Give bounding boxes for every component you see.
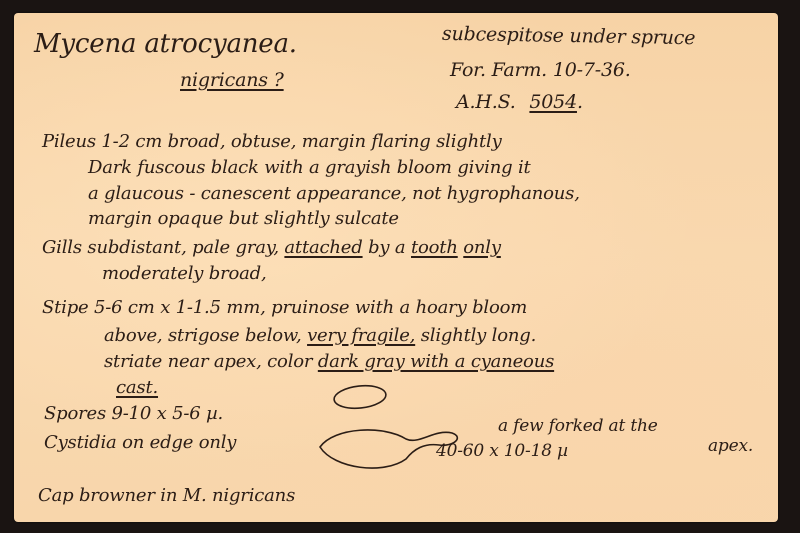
gills-only: only [463, 237, 501, 258]
stipe-line-4: cast. [116, 379, 158, 397]
gills-line-2: moderately broad, [102, 265, 267, 283]
gills-by-a: by a [368, 237, 405, 258]
pileus-line-4: margin opaque but slightly sulcate [88, 210, 399, 228]
pileus-line-2: Dark fuscous black with a grayish bloom … [88, 159, 531, 177]
stipe-fragile: very fragile, [307, 325, 415, 346]
pileus-line-3: a glaucous - canescent appearance, not h… [88, 185, 580, 203]
stipe-line-1: Stipe 5-6 cm x 1-1.5 mm, pruinose with a… [42, 299, 527, 317]
spores-line: Spores 9-10 x 5-6 µ. [44, 405, 223, 423]
collector-number-line: A.H.S. 5054. [456, 93, 583, 112]
specimen-index-card: Mycena atrocyanea. nigricans ? subcespit… [14, 13, 778, 522]
species-annotation: nigricans ? [180, 71, 284, 90]
stipe-striate: striate near apex, color [104, 351, 312, 372]
collector-number: 5054 [529, 91, 577, 113]
collector-prefix: A.H.S. [456, 91, 516, 113]
footnote: Cap browner in M. nigricans [38, 487, 295, 505]
cystidia-note-2: apex. [708, 438, 753, 455]
pileus-line-1: Pileus 1-2 cm broad, obtuse, margin flar… [42, 133, 502, 151]
stipe-strigose: above, strigose below, [104, 325, 302, 346]
cystidia-line: Cystidia on edge only [44, 434, 236, 452]
cystidia-note-1: a few forked at the [498, 418, 658, 435]
cystidia-size: 40-60 x 10-18 µ [436, 443, 568, 460]
habitat-note: subcespitose under spruce [442, 25, 696, 48]
spore-sketch-icon [332, 383, 392, 413]
stipe-long: slightly long. [421, 325, 536, 346]
gills-line-1: Gills subdistant, pale gray, attached by… [42, 239, 501, 257]
stipe-color: dark gray with a cyaneous [318, 351, 554, 372]
species-name: Mycena atrocyanea. [34, 31, 297, 57]
gills-attached: attached [284, 237, 362, 258]
stipe-line-2: above, strigose below, very fragile, sli… [104, 327, 536, 345]
gills-tooth: tooth [411, 237, 458, 258]
gills-text: Gills subdistant, pale gray, [42, 237, 279, 258]
locality-date: For. Farm. 10-7-36. [450, 61, 631, 80]
stipe-line-3: striate near apex, color dark gray with … [104, 353, 554, 371]
